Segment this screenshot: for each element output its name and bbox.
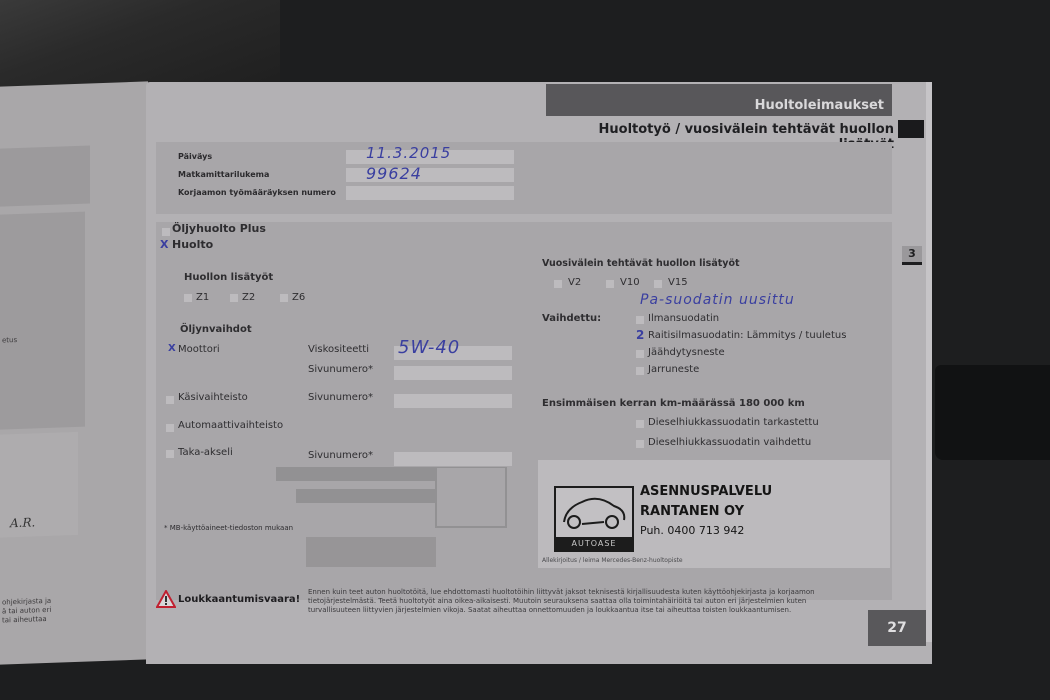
stamp-caption: Allekirjoitus / leima Mercedes-Benz-huol… bbox=[542, 557, 683, 564]
dealer-stamp-area: AUTOASE ASENNUSPALVELU RANTANEN OY Puh. … bbox=[538, 460, 890, 568]
faded-stamp bbox=[276, 467, 516, 577]
z6-checkbox[interactable] bbox=[280, 294, 288, 302]
subtitle-marker bbox=[898, 120, 924, 138]
logo-band: AUTOASE bbox=[556, 537, 632, 550]
air-filter-checkbox[interactable] bbox=[636, 316, 644, 324]
company-phone: Puh. 0400 713 942 bbox=[640, 524, 744, 537]
v15-checkbox[interactable] bbox=[654, 280, 662, 288]
oil-service-plus-label: Öljyhuolto Plus bbox=[172, 222, 266, 235]
page-number: 27 bbox=[868, 610, 926, 646]
left-footer-line: tai aiheuttaa bbox=[2, 615, 47, 625]
left-fragment-text: etus bbox=[2, 336, 17, 345]
manual-gearbox-page-field[interactable] bbox=[394, 394, 512, 408]
background bbox=[0, 0, 280, 90]
automatic-gearbox-checkbox[interactable] bbox=[166, 424, 174, 432]
left-form-box bbox=[0, 212, 85, 430]
warning-box: Loukkaantumisvaara! Ennen kuin teet auto… bbox=[156, 582, 876, 652]
extra-work-title: Huollon lisätyöt bbox=[184, 272, 273, 283]
cabin-filter-check-mark[interactable]: 2 bbox=[636, 328, 644, 342]
z1-label: Z1 bbox=[196, 292, 209, 303]
engine-page-label: Sivunumero* bbox=[308, 364, 373, 375]
viscosity-value: 5W-40 bbox=[398, 337, 460, 358]
brake-fluid-checkbox[interactable] bbox=[636, 367, 644, 375]
workorder-label: Korjaamon työmääräyksen numero bbox=[178, 188, 336, 197]
car-logo-icon bbox=[556, 488, 632, 534]
rear-axle-label: Taka-akseli bbox=[178, 447, 233, 458]
warning-title: Loukkaantumisvaara! bbox=[178, 594, 300, 605]
warning-triangle-icon bbox=[156, 590, 176, 608]
left-signature: A.R. bbox=[10, 515, 35, 530]
coolant-label: Jäähdytysneste bbox=[648, 347, 725, 358]
manual-gearbox-label: Käsivaihteisto bbox=[178, 392, 248, 403]
engine-label: Moottori bbox=[178, 344, 220, 355]
z2-label: Z2 bbox=[242, 292, 255, 303]
viscosity-label: Viskositeetti bbox=[308, 344, 369, 355]
manual-gearbox-checkbox[interactable] bbox=[166, 396, 174, 404]
oil-changes-title: Öljynvaihdot bbox=[180, 324, 252, 335]
date-value: 11.3.2015 bbox=[366, 144, 451, 162]
chapter-tab[interactable]: 3 bbox=[902, 246, 922, 265]
v2-checkbox[interactable] bbox=[554, 280, 562, 288]
z6-label: Z6 bbox=[292, 292, 305, 303]
rear-axle-page-field[interactable] bbox=[394, 452, 512, 466]
replaced-label: Vaihdettu: bbox=[542, 313, 601, 324]
z2-checkbox[interactable] bbox=[230, 294, 238, 302]
annual-tasks-title: Vuosivälein tehtävät huollon lisätyöt bbox=[542, 258, 740, 269]
date-label: Päiväys bbox=[178, 152, 212, 161]
top-form: Päiväys 11.3.2015 Matkamittarilukema 996… bbox=[156, 142, 892, 214]
engine-check-mark[interactable]: X bbox=[168, 343, 176, 354]
page-edge bbox=[926, 82, 932, 642]
v15-label: V15 bbox=[668, 277, 688, 288]
brake-fluid-label: Jarruneste bbox=[648, 364, 699, 375]
dpf-inspected-label: Dieselhiukkassuodatin tarkastettu bbox=[648, 417, 819, 428]
engine-page-field[interactable] bbox=[394, 366, 512, 380]
dpf-replaced-label: Dieselhiukkassuodatin vaihdettu bbox=[648, 437, 811, 448]
v2-label: V2 bbox=[568, 277, 581, 288]
section-header: Huoltoleimaukset bbox=[546, 84, 892, 116]
air-filter-label: Ilmansuodatin bbox=[648, 313, 719, 324]
workorder-field[interactable] bbox=[346, 186, 514, 200]
odometer-label: Matkamittarilukema bbox=[178, 170, 269, 179]
service-check-mark[interactable]: X bbox=[160, 238, 168, 251]
rear-axle-page-label: Sivunumero* bbox=[308, 450, 373, 461]
section-title: Huoltoleimaukset bbox=[755, 98, 884, 113]
v10-checkbox[interactable] bbox=[606, 280, 614, 288]
warning-text: Ennen kuin teet auton huoltotöitä, lue e… bbox=[308, 588, 848, 615]
v10-label: V10 bbox=[620, 277, 640, 288]
odometer-value: 99624 bbox=[366, 164, 422, 183]
manual-gearbox-page-label: Sivunumero* bbox=[308, 392, 373, 403]
left-page: etus A.R. ohjekirjasta ja ä tai auton er… bbox=[0, 81, 148, 664]
footnote: * MB-käyttöaineet-tiedoston mukaan bbox=[164, 524, 293, 532]
oil-service-plus-checkbox[interactable] bbox=[162, 228, 170, 236]
cabin-filter-label: Raitisilmasuodatin: Lämmitys / tuuletus bbox=[648, 330, 846, 341]
company-name-line1: ASENNUSPALVELU bbox=[640, 484, 772, 499]
first-time-title: Ensimmäisen kerran km-määrässä 180 000 k… bbox=[542, 398, 805, 409]
handwritten-note: Pa-suodatin uusittu bbox=[640, 292, 795, 308]
service-record-page: Huoltoleimaukset Huoltotyö / vuosivälein… bbox=[146, 82, 932, 664]
automatic-gearbox-label: Automaattivaihteisto bbox=[178, 420, 283, 431]
company-name-line2: RANTANEN OY bbox=[640, 504, 744, 519]
service-label: Huolto bbox=[172, 238, 213, 251]
z1-checkbox[interactable] bbox=[184, 294, 192, 302]
rear-axle-checkbox[interactable] bbox=[166, 450, 174, 458]
background-object bbox=[935, 365, 1050, 460]
dpf-replaced-checkbox[interactable] bbox=[636, 440, 644, 448]
left-form-box bbox=[0, 145, 90, 206]
coolant-checkbox[interactable] bbox=[636, 350, 644, 358]
dpf-inspected-checkbox[interactable] bbox=[636, 420, 644, 428]
dealer-logo: AUTOASE bbox=[554, 486, 634, 552]
